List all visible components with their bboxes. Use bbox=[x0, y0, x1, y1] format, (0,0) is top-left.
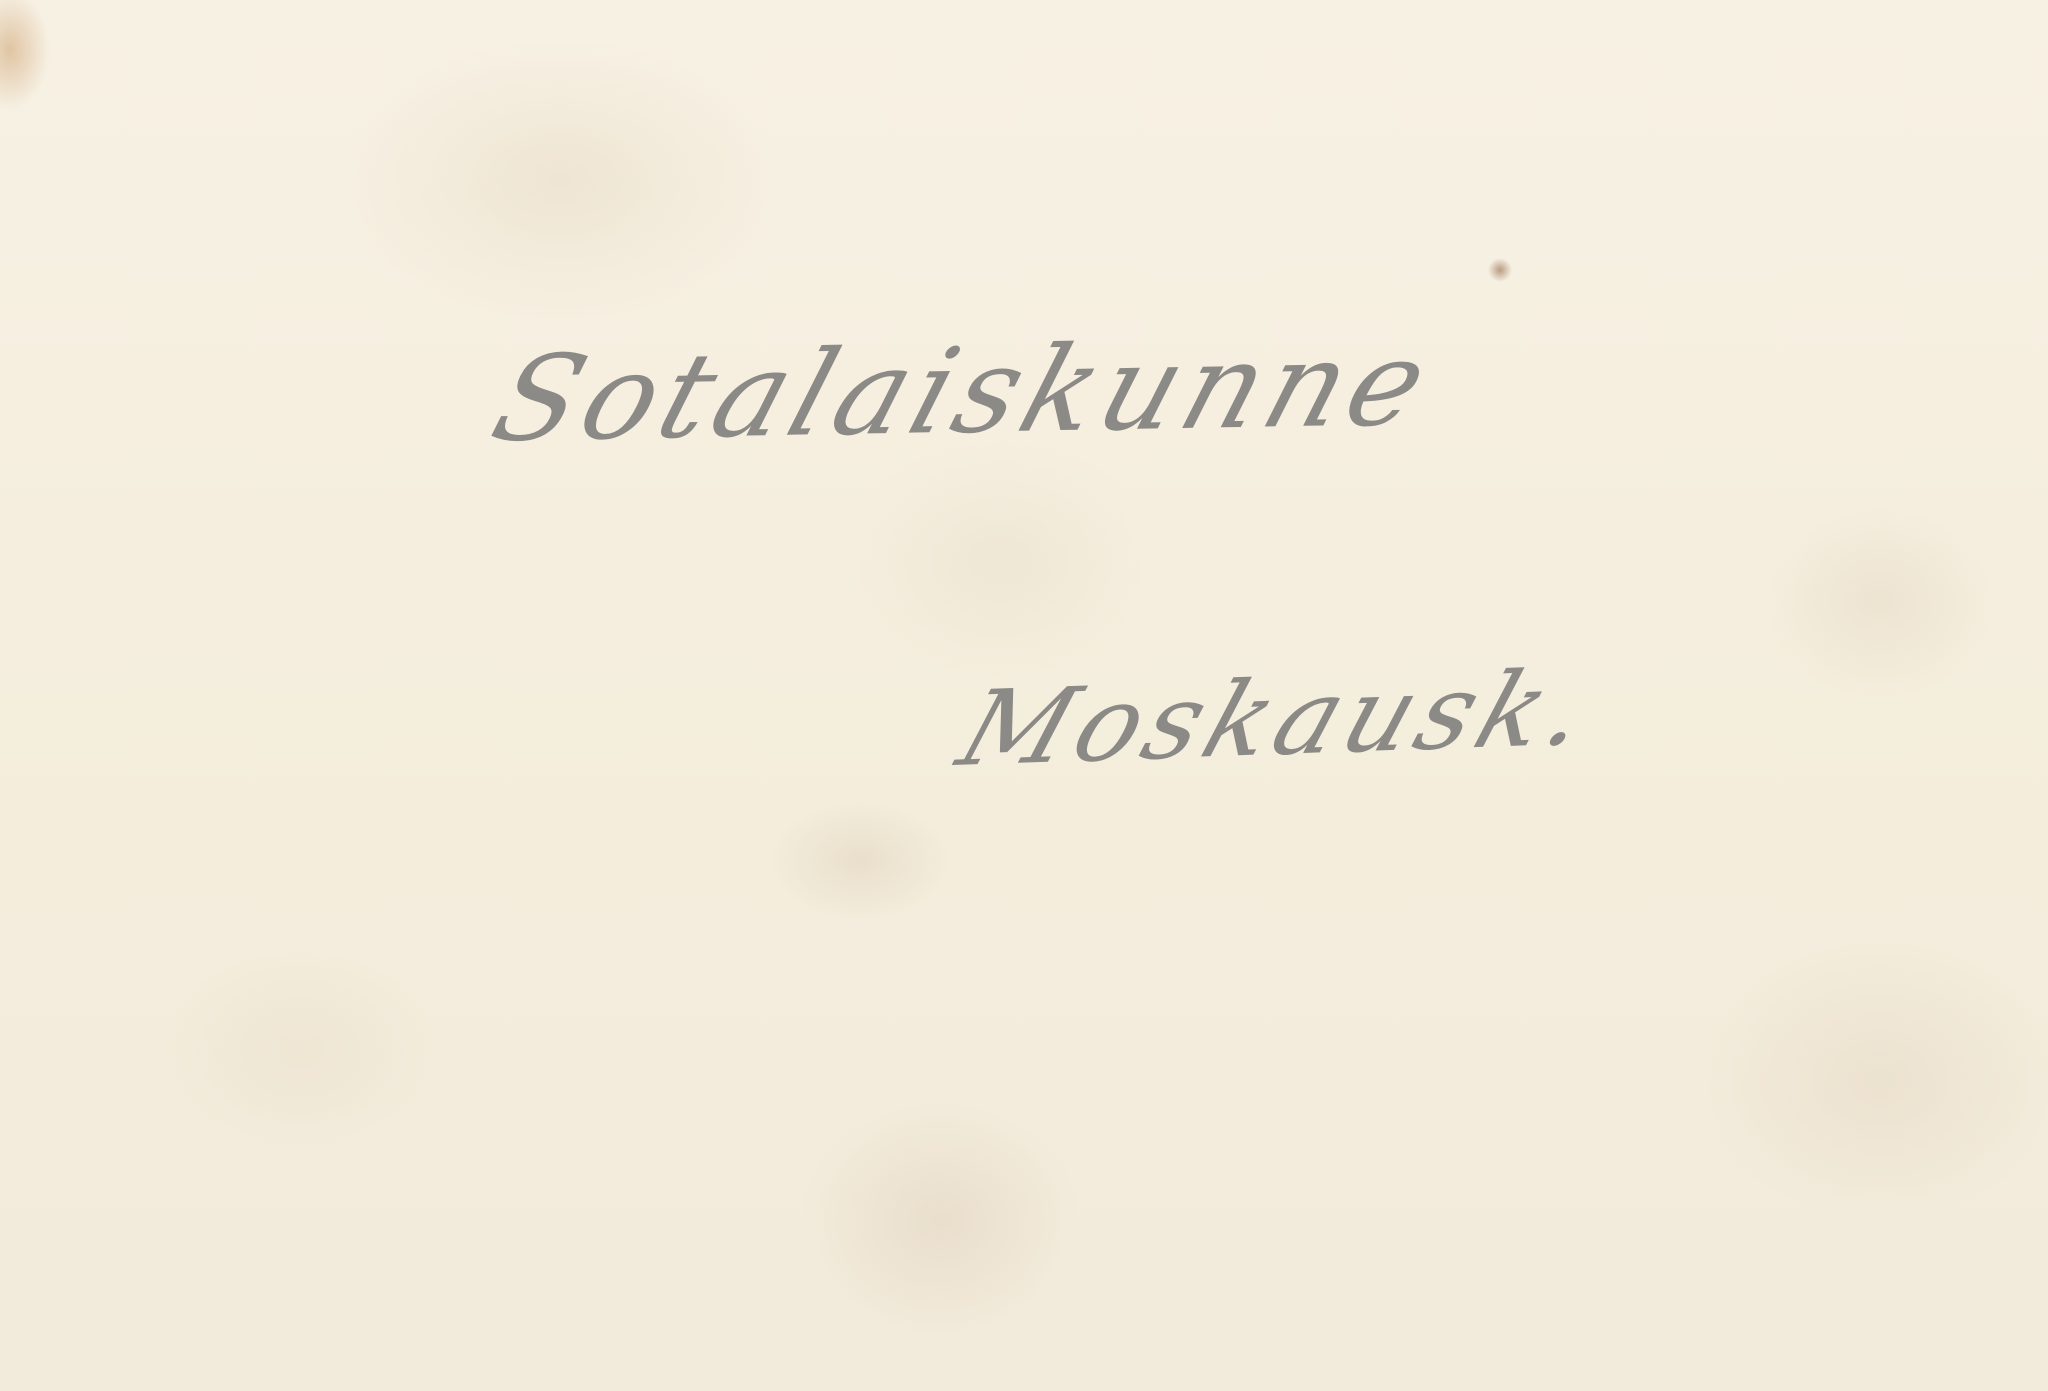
handwritten-line-2: Moskausk. bbox=[945, 647, 1611, 790]
handwritten-line-1: Sotalaiskunne bbox=[478, 314, 1449, 468]
aged-paper-card: Sotalaiskunne Moskausk. bbox=[0, 0, 2048, 1391]
